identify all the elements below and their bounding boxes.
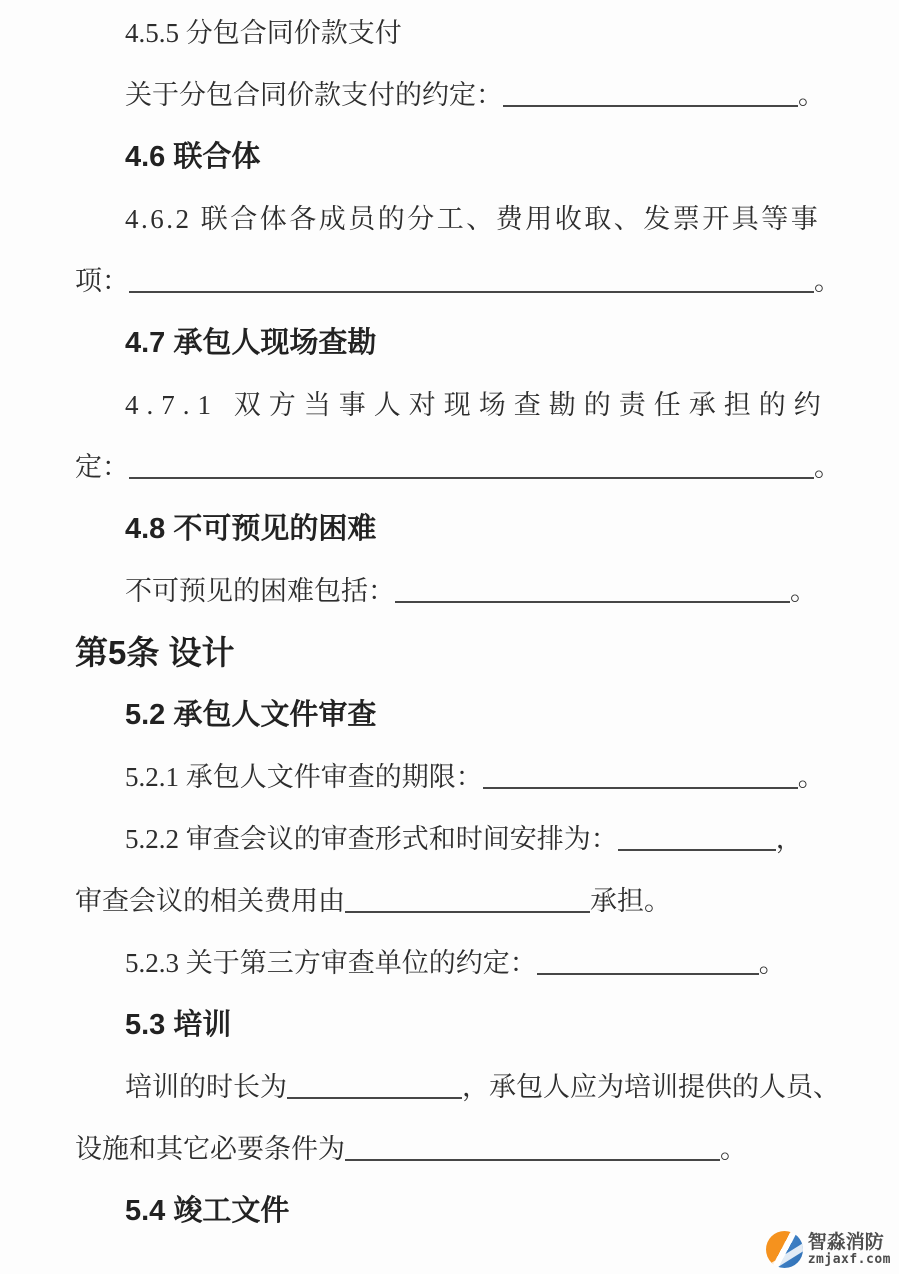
text-run: 。 — [790, 576, 817, 606]
text-run: 。 — [814, 452, 841, 482]
text-run: 4.7.1 双方当事人对现场查勘的责任承担的约 — [125, 390, 829, 420]
clause-5.2.3: 5.2.3 关于第三方审查单位的约定：。 — [75, 932, 845, 994]
text-run: 培训的时长为 — [125, 1072, 287, 1102]
text-run: 审查会议的相关费用由 — [75, 886, 345, 916]
clause-5.3-line2: 设施和其它必要条件为。 — [75, 1118, 845, 1180]
section-4.8: 4.8 不可预见的困难 — [75, 498, 845, 560]
fill-in-blank — [345, 911, 590, 913]
text-run: 4.8 不可预见的困难 — [125, 513, 376, 545]
clause-5.2.2-line1: 5.2.2 审查会议的审查形式和时间安排为：， — [75, 808, 845, 870]
brand-name: 智淼消防 — [808, 1233, 891, 1253]
clause-5.2.2-line2: 审查会议的相关费用由承担。 — [75, 870, 845, 932]
text-run: 4.6 联合体 — [125, 141, 260, 173]
text-run: 4.7 承包人现场查勘 — [125, 327, 376, 359]
fill-in-blank — [537, 973, 759, 975]
clause-5.3-line1: 培训的时长为，承包人应为培训提供的人员、 — [75, 1056, 845, 1118]
text-run: 5.2.2 审查会议的审查形式和时间安排为： — [125, 824, 618, 854]
text-run: 承担。 — [590, 886, 671, 916]
clause-4.8-body: 不可预见的困难包括：。 — [75, 560, 845, 622]
section-4.7: 4.7 承包人现场查勘 — [75, 312, 845, 374]
fill-in-blank — [345, 1159, 720, 1161]
text-run: 。 — [814, 266, 841, 296]
text-run: 设施和其它必要条件为 — [75, 1134, 345, 1164]
contract-text-body: 4.5.5 分包合同价款支付关于分包合同价款支付的约定：。4.6 联合体4.6.… — [0, 0, 899, 1242]
text-run: 5.3 培训 — [125, 1009, 231, 1041]
clause-4.6.2-line2: 项：。 — [75, 250, 845, 312]
text-run: ，承包人应为培训提供的人员、 — [462, 1072, 840, 1102]
section-5.3: 5.3 培训 — [75, 994, 845, 1056]
text-run: 。 — [798, 80, 825, 110]
clause-4.5.5-title: 4.5.5 分包合同价款支付 — [75, 2, 845, 64]
fill-in-blank — [129, 291, 814, 293]
clause-4.7.1-line2: 定：。 — [75, 436, 845, 498]
site-watermark: 智淼消防 zmjaxf.com — [766, 1231, 891, 1268]
brand-domain: zmjaxf.com — [808, 1253, 891, 1267]
text-run: 定： — [75, 452, 129, 482]
brand-text-block: 智淼消防 zmjaxf.com — [808, 1233, 891, 1267]
text-run: 第5条 设计 — [75, 634, 235, 671]
text-run: 。 — [798, 762, 825, 792]
section-5.2: 5.2 承包人文件审查 — [75, 684, 845, 746]
fill-in-blank — [503, 105, 798, 107]
fill-in-blank — [129, 477, 814, 479]
fill-in-blank — [618, 849, 776, 851]
text-run: 4.5.5 分包合同价款支付 — [125, 18, 402, 48]
text-run: 5.2.1 承包人文件审查的期限： — [125, 762, 483, 792]
clause-4.7.1-line1: 4.7.1 双方当事人对现场查勘的责任承担的约 — [75, 374, 845, 436]
text-run: 。 — [720, 1134, 747, 1164]
fill-in-blank — [395, 601, 790, 603]
text-run: 不可预见的困难包括： — [125, 576, 395, 606]
text-run: 4.6.2 联合体各成员的分工、费用收取、发票开具等事 — [125, 204, 820, 234]
fill-in-blank — [483, 787, 798, 789]
text-run: 项： — [75, 266, 129, 296]
section-5.4: 5.4 竣工文件 — [75, 1180, 845, 1242]
text-run: 关于分包合同价款支付的约定： — [125, 80, 503, 110]
text-run: 5.2 承包人文件审查 — [125, 699, 376, 731]
text-run: 5.2.3 关于第三方审查单位的约定： — [125, 948, 537, 978]
text-run: 。 — [759, 948, 786, 978]
section-4.6: 4.6 联合体 — [75, 126, 845, 188]
clause-4.5.5-body: 关于分包合同价款支付的约定：。 — [75, 64, 845, 126]
text-run: ， — [776, 824, 803, 854]
contract-document-page: 4.5.5 分包合同价款支付关于分包合同价款支付的约定：。4.6 联合体4.6.… — [0, 0, 899, 1274]
brand-logo-icon — [766, 1231, 803, 1268]
fill-in-blank — [287, 1097, 462, 1099]
chapter-5: 第5条 设计 — [75, 622, 845, 684]
text-run: 5.4 竣工文件 — [125, 1195, 289, 1227]
clause-5.2.1: 5.2.1 承包人文件审查的期限：。 — [75, 746, 845, 808]
clause-4.6.2-line1: 4.6.2 联合体各成员的分工、费用收取、发票开具等事 — [75, 188, 845, 250]
